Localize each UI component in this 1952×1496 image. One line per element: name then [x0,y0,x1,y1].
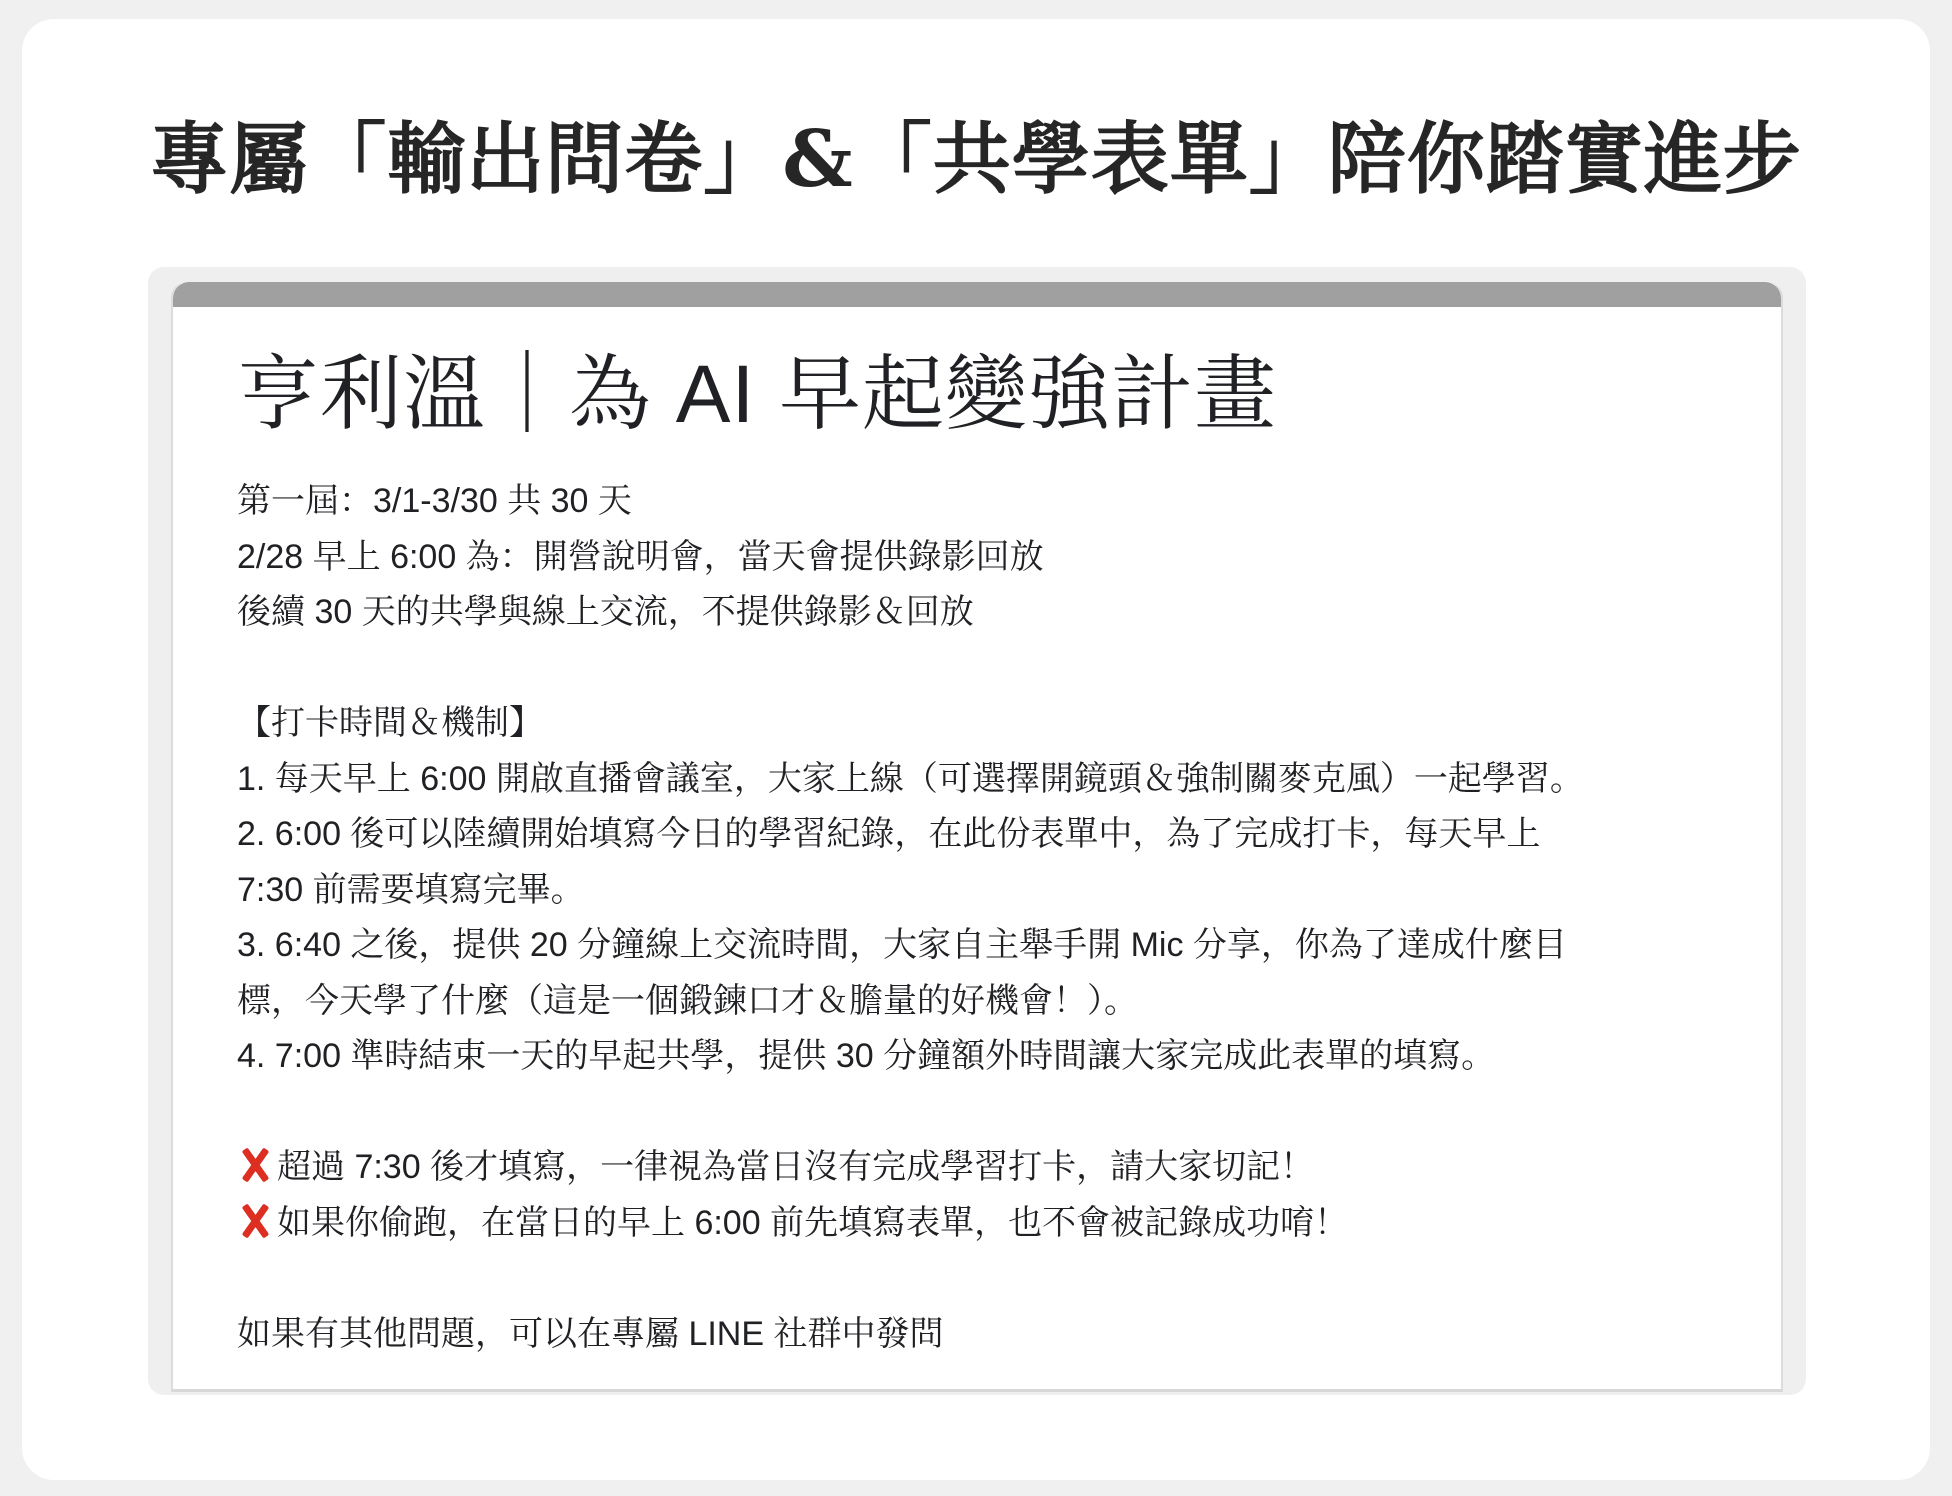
form-title: 亨利溫｜為 AI 早起變強計畫 [237,340,1277,450]
rules-heading: 【打卡時間＆機制】 [237,696,1717,752]
footer-note: 如果有其他問題，可以在專屬 LINE 社群中發問 [237,1307,1717,1363]
form-header-bar [173,282,1781,307]
intro-line-session: 第一屆：3/1-3/30 共 30 天 [237,474,1717,530]
spacer [237,641,1717,697]
rule-line-4: 4. 7:00 準時結束一天的早起共學，提供 30 分鐘額外時間讓大家完成此表單… [237,1029,1717,1085]
promo-title: 專屬「輸出問卷」&「共學表單」陪你踏實進步 [0,105,1952,215]
cross-mark-icon [237,1146,273,1182]
rule-line-3-cont: 標，今天學了什麼（這是一個鍛鍊口才＆膽量的好機會！）。 [237,974,1717,1030]
rule-line-2-cont: 7:30 前需要填寫完畢。 [237,863,1717,919]
warning-line-late: 超過 7:30 後才填寫，一律視為當日沒有完成學習打卡，請大家切記！ [237,1140,1717,1196]
rule-line-2: 2. 6:00 後可以陸續開始填寫今日的學習紀錄，在此份表單中，為了完成打卡，每… [237,807,1717,863]
warning-text-early: 如果你偷跑，在當日的早上 6:00 前先填寫表單，也不會被記錄成功唷！ [277,1204,1348,1242]
form-description-card: 亨利溫｜為 AI 早起變強計畫 第一屆：3/1-3/30 共 30 天 2/28… [171,282,1783,1392]
cross-mark-icon [237,1202,273,1238]
warning-line-early: 如果你偷跑，在當日的早上 6:00 前先填寫表單，也不會被記錄成功唷！ [237,1196,1717,1252]
warning-text-late: 超過 7:30 後才填寫，一律視為當日沒有完成學習打卡，請大家切記！ [277,1148,1314,1186]
spacer [237,1251,1717,1307]
intro-line-no-recording: 後續 30 天的共學與線上交流，不提供錄影＆回放 [237,585,1717,641]
rule-line-3: 3. 6:40 之後，提供 20 分鐘線上交流時間，大家自主舉手開 Mic 分享… [237,918,1717,974]
intro-line-orientation: 2/28 早上 6:00 為：開營說明會，當天會提供錄影回放 [237,530,1717,586]
spacer [237,1085,1717,1141]
form-description: 第一屆：3/1-3/30 共 30 天 2/28 早上 6:00 為：開營說明會… [237,474,1717,1362]
rule-line-1: 1. 每天早上 6:00 開啟直播會議室，大家上線（可選擇開鏡頭＆強制關麥克風）… [237,752,1717,808]
